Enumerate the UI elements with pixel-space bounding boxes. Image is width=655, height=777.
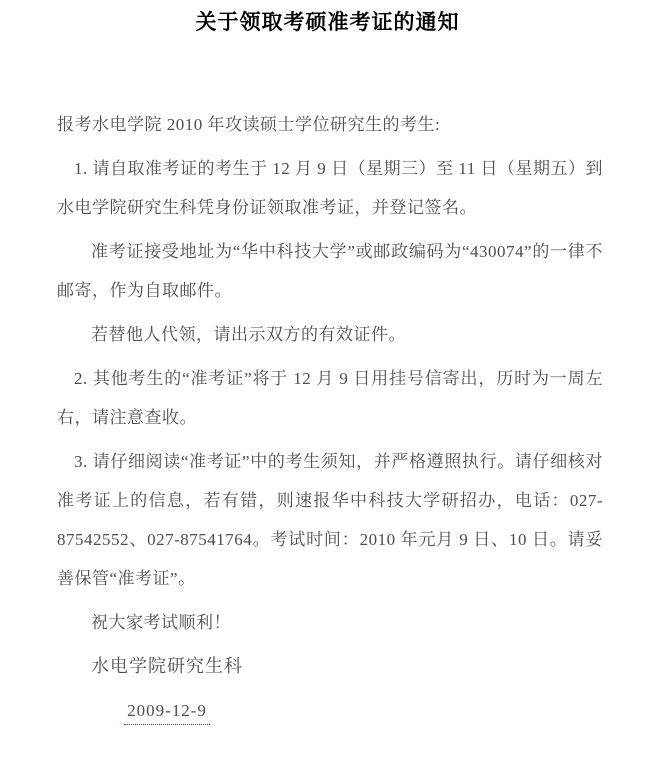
closing-wish-line: 祝大家考试顺利！ xyxy=(57,603,603,642)
notice-document: 关于领取考硕准考证的通知 报考水电学院 2010 年攻读硕士学位研究生的考生: … xyxy=(0,0,655,777)
paragraph-item-2: 2. 其他考生的“准考证”将于 12 月 9 日用挂号信寄出，历时为一周左右，请… xyxy=(57,359,603,437)
paragraph-item-1: 1. 请自取准考证的考生于 12 月 9 日（星期三）至 11 日（星期五）到水… xyxy=(57,149,603,227)
date-line: 2009-12-9 xyxy=(57,691,277,730)
paragraph-item-3: 3. 请仔细阅读“准考证”中的考生须知，并严格遵照执行。请仔细核对准考证上的信息… xyxy=(57,442,603,598)
signature-line: 水电学院研究生科 xyxy=(57,647,277,686)
notice-title: 关于领取考硕准考证的通知 xyxy=(0,0,655,36)
date-text: 2009-12-9 xyxy=(124,699,210,725)
paragraph-proxy-note: 若替他人代领，请出示双方的有效证件。 xyxy=(57,315,603,354)
notice-body: 报考水电学院 2010 年攻读硕士学位研究生的考生: 1. 请自取准考证的考生于… xyxy=(0,36,655,730)
salutation-line: 报考水电学院 2010 年攻读硕士学位研究生的考生: xyxy=(57,105,603,144)
paragraph-address-note: 准考证接受地址为“华中科技大学”或邮政编码为“430074”的一律不邮寄，作为自… xyxy=(57,232,603,310)
